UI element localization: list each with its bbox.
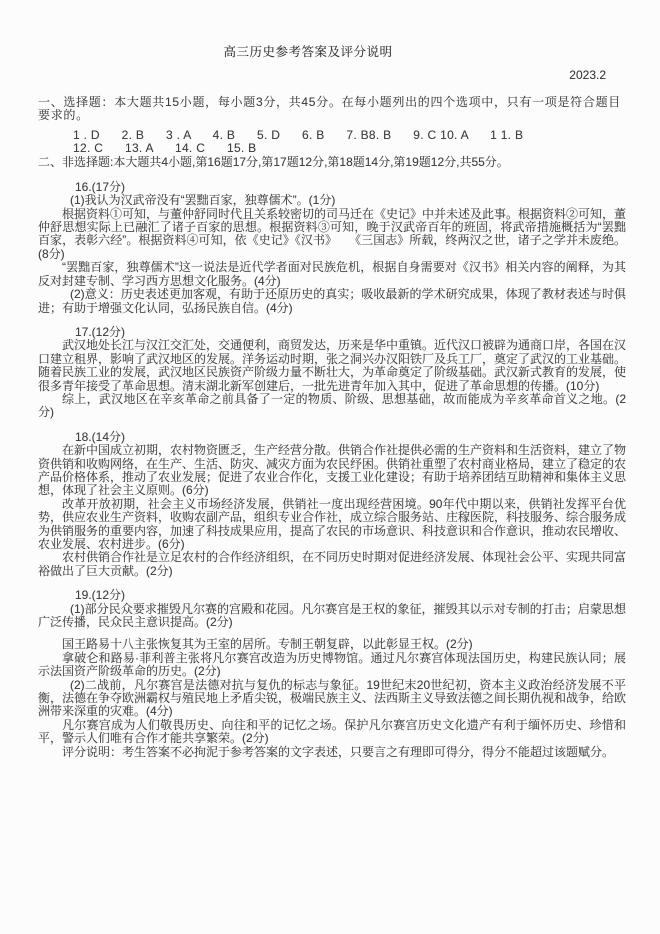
question-19-title: 19.(12分) [38, 589, 626, 602]
nonchoice-section-heading: 二、非选择题:本大题共4小题,第16题17分,第17题12分,第18题14分,第… [38, 156, 626, 169]
choice-answers-row-1: 1 . D 2. B 3 . A 4. B 5. D 6. B 7. B8. B… [38, 129, 626, 142]
question-19-answer-part1: (1)部分民众要求摧毁凡尔赛的宫殿和花园。凡尔赛宫是王权的象征，摧毁其以示对专制… [38, 603, 626, 630]
choice-answers-row-2: 12. C 13. A 14. C 15. B [38, 142, 626, 155]
question-18-answer-early-prc: 在新中国成立初期，农村物资匮乏，生产经营分散。供销合作社提供必需的生产资料和生活… [38, 444, 626, 498]
question-19-answer-part2: (2)二战前，凡尔赛宫是法德对抗与复仇的标志与象征。19世纪末20世纪初，资本主… [38, 679, 626, 719]
choice-section-heading: 一、选择题：本大题共15小题，每小题3分，共45分。在每小题列出的四个选项中，只… [38, 96, 626, 123]
question-17-answer-conclusion: 综上，武汉地区在辛亥革命之前具备了一定的物质、阶级、思想基础，故而能成为辛亥革命… [38, 393, 626, 420]
question-18-answer-reform-era: 改革开放初期，社会主义市场经济发展，供销社一度出现经营困境。90年代中期以来，供… [38, 498, 626, 552]
document-date: 2023.2 [38, 69, 626, 82]
question-18-answer-conclusion: 农村供销合作社是立足农村的合作经济组织，在不同历史时期对促进经济发展、体现社会公… [38, 551, 626, 578]
question-16-answer-interpretation: “罢黜百家，独尊儒术”这一说法是近代学者面对民族危机，根据自身需要对《汉书》相关… [38, 261, 626, 288]
question-19-answer-memory: 凡尔赛宫成为人们敬畏历史、向往和平的记忆之场。保护凡尔赛宫历史文化遗产有利于缅怀… [38, 719, 626, 746]
question-16-answer-evidence: 根据资料①可知，与董仲舒同时代且关系较密切的司马迁在《史记》中并未述及此事。根据… [38, 208, 626, 262]
document-title: 高三历史参考答案及评分说明 [14, 46, 602, 59]
question-16-answer-part2: (2)意义：历史表述更加客观，有助于还原历史的真实；吸收最新的学术研究成果，体现… [38, 288, 626, 315]
question-19-answer-louis18: 国王路易十八主张恢复其为王室的居所。专制王朝复辟，以此彰显王权。(2分) [38, 638, 626, 651]
scanned-answer-sheet-page: 高三历史参考答案及评分说明 2023.2 一、选择题：本大题共15小题，每小题3… [0, 0, 660, 934]
question-16-answer-part1: (1)我认为汉武帝没有“罢黜百家，独尊儒术”。(1分) [38, 194, 626, 207]
grading-note: 评分说明：考生答案不必拘泥于参考答案的文字表述，只要言之有理即可得分，得分不能超… [38, 746, 626, 759]
question-17-answer-main: 武汉地处长江与汉江交汇处，交通便利，商贸发达，历来是华中重镇。近代汉口被辟为通商… [38, 339, 626, 393]
question-19-answer-napoleon: 拿破仑和路易·菲利普主张将凡尔赛宫改造为历史博物馆。通过凡尔赛宫体现法国历史，构… [38, 652, 626, 679]
